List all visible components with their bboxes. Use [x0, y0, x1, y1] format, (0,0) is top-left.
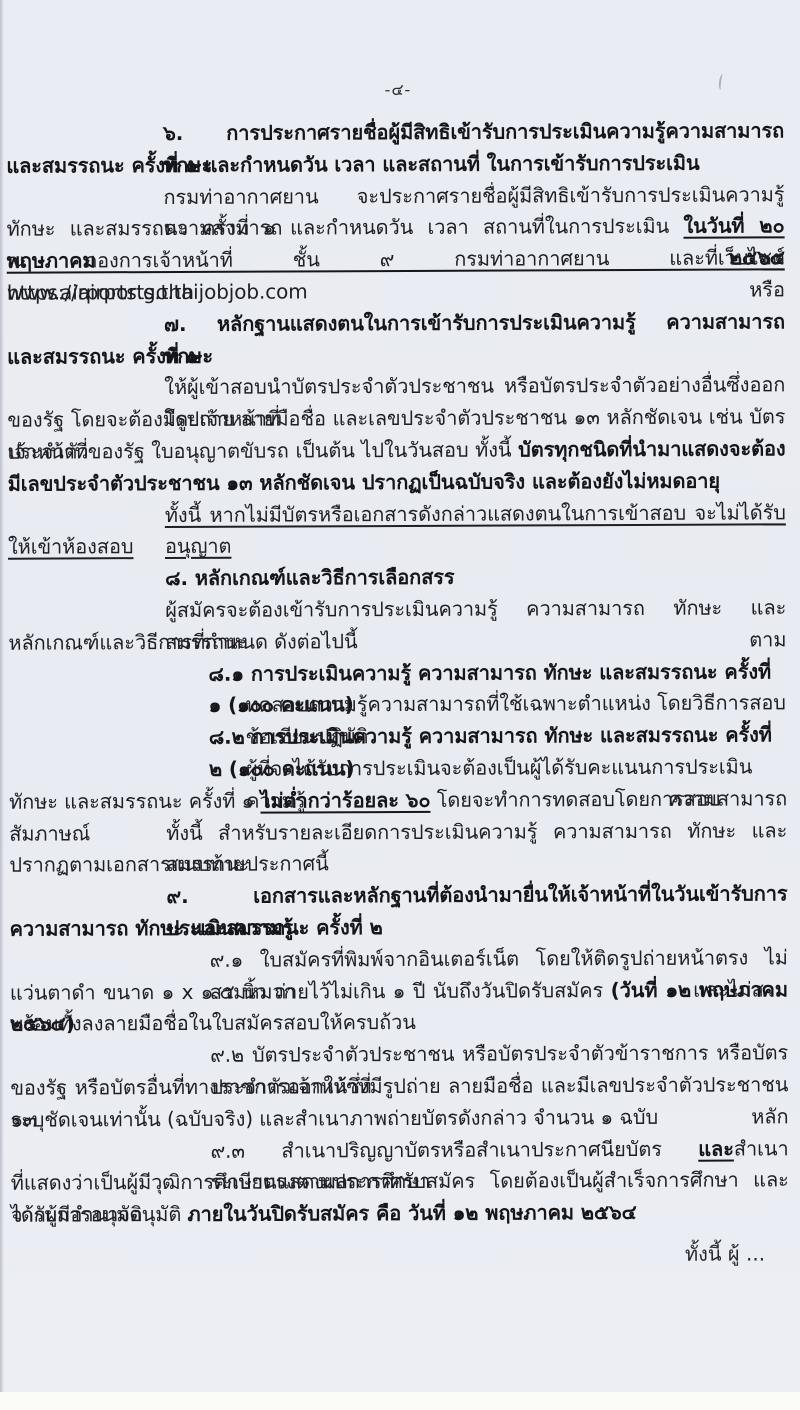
- text-run: แว่นตาดำ ขนาด ๑ x ๑.๕ นิ้ว ถ่ายไว้ไม่เกิ…: [10, 978, 611, 1005]
- text-run: ความสามารถ ทักษะ และสมรรถนะ ครั้งที่ ๒: [10, 915, 383, 941]
- text-run: www.airports.go.th: [7, 280, 194, 305]
- section7-paragraph-line-2: ของรัฐ โดยจะต้องมีรูปถ่าย ลายมือชื่อ และ…: [7, 401, 785, 436]
- section8-note-line-1: ทั้งนี้ สำหรับรายละเอียดการประเมินความรู…: [9, 815, 787, 850]
- section6-paragraph-line-1: กรมท่าอากาศยาน จะประกาศรายชื่อผู้มีสิทธิ…: [6, 179, 784, 214]
- item-9-3-line-3: จากผู้มีอำนาจอนุมัติ ภายในวันปิดรับสมัคร…: [11, 1196, 789, 1231]
- text-run: ๘. หลักเกณฑ์และวิธีการเลือกสรร: [165, 565, 455, 590]
- item-9-2-line-1: ๙.๒ บัตรประจำตัวประชาชน หรือบัตรประจำตัว…: [10, 1037, 788, 1072]
- item-8-2-body-line-2: ทักษะ และสมรรถนะ ครั้งที่ ๑ ไม่ต่ำกว่าร้…: [9, 783, 787, 818]
- item-9-1-line-2: แว่นตาดำ ขนาด ๑ x ๑.๕ นิ้ว ถ่ายไว้ไม่เกิ…: [10, 974, 788, 1009]
- section6-paragraph-line-2: ทักษะ และสมรรถนะ ครั้งที่ ๑ และกำหนดวัน …: [7, 211, 785, 246]
- text-run: ๙.๓ สำเนาปริญญาบัตรหรือสำเนาประกาศนียบัต…: [211, 1136, 699, 1162]
- text-run: เจ้าหน้าที่ของรัฐ ใบอนุญาตขับรถ เป็นต้น …: [7, 437, 518, 463]
- text-run: บัตรทุกชนิดที่นำมาแสดงจะต้อง: [518, 436, 786, 461]
- document-content: -๔- ๖. การประกาศรายชื่อผู้มีสิทธิเข้ารับ…: [0, 76, 800, 1272]
- text-run: และสมรรถนะ ครั้งที่ ๑: [7, 343, 198, 368]
- item-9-3-line-1: ๙.๓ สำเนาปริญญาบัตรหรือสำเนาประกาศนียบัต…: [11, 1133, 789, 1168]
- text-run: พร้อมทั้งลงลายมือชื่อในใบสมัครสอบให้ครบถ…: [10, 1010, 416, 1036]
- text-run: ทักษะ และสมรรถนะ ครั้งที่ ๑: [9, 788, 261, 813]
- item-9-1-line-3: พร้อมทั้งลงลายมือชื่อในใบสมัครสอบให้ครบถ…: [10, 1006, 788, 1041]
- item-8-2-body-line-1: ผู้ที่จะได้รับการประเมินจะต้องเป็นผู้ได้…: [9, 751, 787, 786]
- text-run: มีเลขประจำตัวประชาชน ๑๓ หลักชัดเจน ปรากฏ…: [8, 468, 720, 495]
- section9-heading-line-1: ๙. เอกสารและหลักฐานที่ต้องนำมายื่นให้เจ้…: [9, 878, 787, 913]
- continuation-note: ทั้งนี้ ผู้ ...: [3, 1237, 800, 1272]
- section7-note-line-1: ทั้งนี้ หากไม่มีบัตรหรือเอกสารดังกล่าวแส…: [8, 497, 786, 532]
- section7-paragraph-line-3: เจ้าหน้าที่ของรัฐ ใบอนุญาตขับรถ เป็นต้น …: [7, 433, 785, 468]
- section8-paragraph-line-1: ผู้สมัครจะต้องเข้ารับการประเมินความรู้ ค…: [8, 592, 786, 627]
- section7-paragraph-line-4: มีเลขประจำตัวประชาชน ๑๓ หลักชัดเจน ปรากฏ…: [8, 465, 786, 500]
- section6-heading-line-2: และสมรรถนะ ครั้งที่ ๑ และกำหนดวัน เวลา แ…: [6, 147, 784, 182]
- section6-heading-line-1: ๖. การประกาศรายชื่อผู้มีสิทธิเข้ารับการป…: [6, 115, 784, 150]
- text-run: ปรากฏตามเอกสารแนบท้ายประกาศนี้: [9, 852, 328, 877]
- text-run: ไม่ต่ำกว่าร้อยละ ๖๐: [260, 788, 430, 813]
- item-9-1-line-1: ๙.๑ ใบสมัครที่พิมพ์จากอินเตอร์เน็ต โดยให…: [10, 942, 788, 977]
- scan-bottom-margin: [0, 1392, 800, 1410]
- scanned-document-page: -๔- ๖. การประกาศรายชื่อผู้มีสิทธิเข้ารับ…: [0, 0, 800, 1392]
- section6-paragraph-line-3: ณ กองการเจ้าหน้าที่ ชั้น ๙ กรมท่าอากาศยา…: [7, 243, 785, 278]
- item-9-3-line-2: ที่แสดงว่าเป็นผู้มีวุฒิการศึกษาตรงตามประ…: [11, 1165, 789, 1200]
- section7-heading-line-1: ๗. หลักฐานแสดงตนในการเข้ารับการประเมินคว…: [7, 306, 785, 341]
- item-9-2-line-2: ของรัฐ หรือบัตรอื่นที่ทางราชการออกให้ซึ่…: [10, 1069, 788, 1104]
- section7-paragraph-line-1: ให้ผู้เข้าสอบนำบัตรประจำตัวประชาชน หรือบ…: [7, 370, 785, 405]
- section7-note-line-2: ให้เข้าห้องสอบ: [8, 529, 786, 564]
- section8-note-line-2: ปรากฏตามเอกสารแนบท้ายประกาศนี้: [9, 847, 787, 882]
- section7-heading-line-2: และสมรรถนะ ครั้งที่ ๑: [7, 338, 785, 373]
- text-run: ให้เข้าห้องสอบ: [8, 535, 134, 560]
- page-number: -๔-: [0, 76, 798, 104]
- text-run: หลักเกณฑ์และวิธีการที่กำหนด ดังต่อไปนี้: [8, 629, 357, 655]
- text-run: ทักษะ และสมรรถนะ ครั้งที่ ๑ และกำหนดวัน …: [7, 214, 684, 241]
- item-8-2-heading-line-1: ๘.๒ การประเมินความรู้ ความสามารถ ทักษะ แ…: [9, 719, 787, 754]
- text-run: ระบุชัดเจนเท่านั้น (ฉบับจริง) และสำเนาภา…: [10, 1105, 658, 1132]
- document-body: ๖. การประกาศรายชื่อผู้มีสิทธิเข้ารับการป…: [0, 115, 800, 1231]
- item-8-1-body-line-1: ทดสอบความรู้ความสามารถที่ใช้เฉพาะตำแหน่ง…: [9, 688, 787, 723]
- text-run: และสมรรถนะ ครั้งที่ ๑ และกำหนดวัน เวลา แ…: [6, 150, 699, 177]
- item-8-1-heading-line-1: ๘.๑ การประเมินความรู้ ความสามารถ ทักษะ แ…: [8, 656, 786, 691]
- text-run: จากผู้มีอำนาจอนุมัติ: [11, 1202, 188, 1227]
- section8-heading-line-1: ๘. หลักเกณฑ์และวิธีการเลือกสรร: [8, 560, 786, 595]
- text-run: ภายในวันปิดรับสมัคร คือ วันที่ ๑๒ พฤษภาค…: [187, 1200, 636, 1226]
- text-run: และ: [698, 1136, 734, 1160]
- section9-heading-line-2: ความสามารถ ทักษะ และสมรรถนะ ครั้งที่ ๒: [10, 910, 788, 945]
